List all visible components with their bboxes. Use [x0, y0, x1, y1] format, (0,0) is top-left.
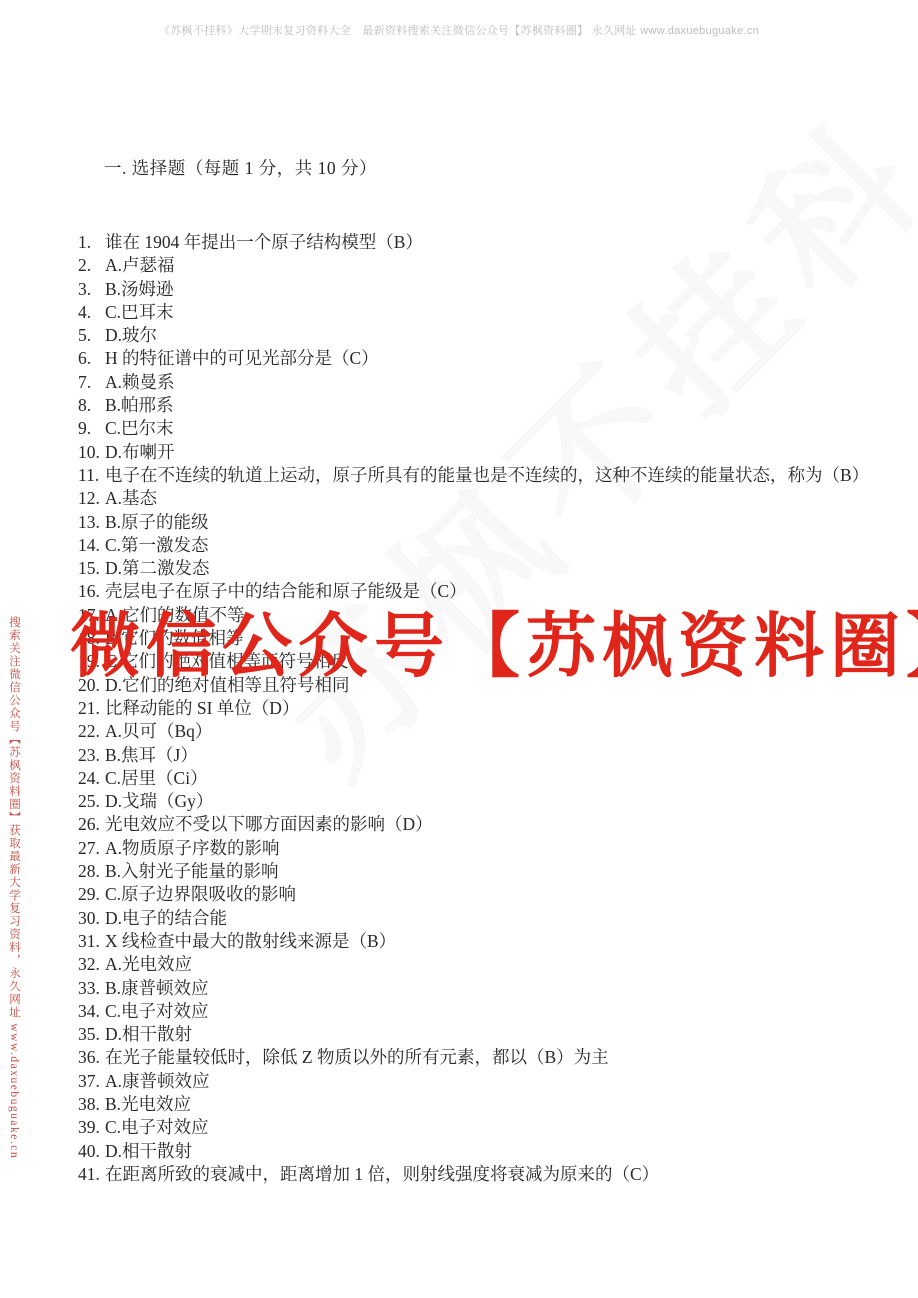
question-number: 36.: [78, 1046, 105, 1069]
question-item: 22. A.贝可（Bq）: [78, 720, 880, 743]
document-page: 苏枫不挂科 《苏枫不挂科》大学期末复习资料大全 最新资料搜索关注微信公众号【苏枫…: [0, 0, 918, 1298]
question-number: 37.: [78, 1070, 105, 1093]
question-text: D.玻尔: [105, 324, 862, 347]
question-text: C.巴尔末: [105, 417, 862, 440]
question-list: 1. 谁在 1904 年提出一个原子结构模型（B） 2. A.卢瑟福 3. B.…: [78, 231, 880, 1186]
question-number: 35.: [78, 1023, 105, 1046]
question-item: 13. B.原子的能级: [78, 511, 880, 534]
question-text: B.光电效应: [105, 1093, 862, 1116]
question-item: 7. A.赖曼系: [78, 371, 880, 394]
question-item: 12. A.基态: [78, 487, 880, 510]
question-number: 12.: [78, 487, 105, 510]
question-number: 30.: [78, 907, 105, 930]
question-item: 26. 光电效应不受以下哪方面因素的影响（D）: [78, 813, 880, 836]
question-text: 光电效应不受以下哪方面因素的影响（D）: [105, 813, 862, 836]
question-text: D.布喇开: [105, 441, 862, 464]
question-number: 13.: [78, 511, 105, 534]
question-item: 10. D.布喇开: [78, 441, 880, 464]
question-number: 3.: [78, 278, 105, 301]
question-text: X 线检查中最大的散射线来源是（B）: [105, 930, 862, 953]
question-text: D.第二激发态: [105, 557, 862, 580]
question-text: A.光电效应: [105, 953, 862, 976]
question-text: C.电子对效应: [105, 1116, 862, 1139]
question-item: 9. C.巴尔末: [78, 417, 880, 440]
question-text: A.贝可（Bq）: [105, 720, 862, 743]
question-number: 38.: [78, 1093, 105, 1116]
question-text: A.卢瑟福: [105, 254, 862, 277]
left-vertical-watermark: 搜索关注微信公众号【苏枫资料圈】获取最新大学复习资料，永久网址 www.daxu…: [6, 616, 22, 1194]
question-text: 谁在 1904 年提出一个原子结构模型（B）: [105, 231, 862, 254]
question-text: 电子在不连续的轨道上运动，原子所具有的能量也是不连续的，这种不连续的能量状态，称…: [105, 464, 862, 487]
question-number: 24.: [78, 767, 105, 790]
question-text: C.第一激发态: [105, 534, 862, 557]
question-item: 35. D.相干散射: [78, 1023, 880, 1046]
question-item: 29. C.原子边界限吸收的影响: [78, 883, 880, 906]
question-text: C.电子对效应: [105, 1000, 862, 1023]
question-item: 40. D.相干散射: [78, 1140, 880, 1163]
question-number: 41.: [78, 1163, 105, 1186]
question-item: 6. H 的特征谱中的可见光部分是（C）: [78, 347, 880, 370]
question-item: 25. D.戈瑞（Gy）: [78, 790, 880, 813]
question-number: 9.: [78, 417, 105, 440]
section-title: 一. 选择题（每题 1 分，共 10 分）: [104, 155, 918, 180]
question-text: B.帕邢系: [105, 394, 862, 417]
question-number: 7.: [78, 371, 105, 394]
question-text: C.巴耳末: [105, 301, 862, 324]
question-item: 41. 在距离所致的衰减中，距离增加 1 倍，则射线强度将衰减为原来的（C）: [78, 1163, 880, 1186]
question-item: 24. C.居里（Ci）: [78, 767, 880, 790]
corner-note: 精心整理: [0, 84, 845, 108]
question-text: 在距离所致的衰减中，距离增加 1 倍，则射线强度将衰减为原来的（C）: [105, 1163, 862, 1186]
question-text: C.原子边界限吸收的影响: [105, 883, 862, 906]
question-number: 26.: [78, 813, 105, 836]
question-item: 15. D.第二激发态: [78, 557, 880, 580]
question-number: 1.: [78, 231, 105, 254]
question-text: A.康普顿效应: [105, 1070, 862, 1093]
header-watermark-text: 《苏枫不挂科》大学期末复习资料大全 最新资料搜索关注微信公众号【苏枫资料圈】 永…: [0, 22, 918, 38]
question-text: H 的特征谱中的可见光部分是（C）: [105, 347, 862, 370]
question-item: 27. A.物质原子序数的影响: [78, 837, 880, 860]
question-text: D.戈瑞（Gy）: [105, 790, 862, 813]
question-number: 15.: [78, 557, 105, 580]
question-number: 23.: [78, 744, 105, 767]
question-text: B.汤姆逊: [105, 278, 862, 301]
question-number: 32.: [78, 953, 105, 976]
question-number: 29.: [78, 883, 105, 906]
question-item: 31. X 线检查中最大的散射线来源是（B）: [78, 930, 880, 953]
question-number: 10.: [78, 441, 105, 464]
question-number: 27.: [78, 837, 105, 860]
question-item: 32. A.光电效应: [78, 953, 880, 976]
question-item: 34. C.电子对效应: [78, 1000, 880, 1023]
question-item: 4. C.巴耳末: [78, 301, 880, 324]
question-text: A.物质原子序数的影响: [105, 837, 862, 860]
question-text: B.焦耳（J）: [105, 744, 862, 767]
question-item: 5. D.玻尔: [78, 324, 880, 347]
question-text: D.电子的结合能: [105, 907, 862, 930]
question-item: 28. B.入射光子能量的影响: [78, 860, 880, 883]
red-wechat-watermark: 微信公众号【苏枫资料圈】: [70, 590, 918, 691]
question-number: 31.: [78, 930, 105, 953]
question-item: 14. C.第一激发态: [78, 534, 880, 557]
question-number: 6.: [78, 347, 105, 370]
question-number: 33.: [78, 977, 105, 1000]
question-number: 11.: [78, 464, 105, 487]
question-number: 2.: [78, 254, 105, 277]
question-text: 比释动能的 SI 单位（D）: [105, 697, 862, 720]
question-item: 39. C.电子对效应: [78, 1116, 880, 1139]
question-text: D.相干散射: [105, 1140, 862, 1163]
question-item: 30. D.电子的结合能: [78, 907, 880, 930]
question-text: D.相干散射: [105, 1023, 862, 1046]
question-item: 11. 电子在不连续的轨道上运动，原子所具有的能量也是不连续的，这种不连续的能量…: [78, 464, 880, 487]
question-text: C.居里（Ci）: [105, 767, 862, 790]
question-text: A.赖曼系: [105, 371, 862, 394]
question-number: 39.: [78, 1116, 105, 1139]
question-item: 2. A.卢瑟福: [78, 254, 880, 277]
question-number: 4.: [78, 301, 105, 324]
question-item: 23. B.焦耳（J）: [78, 744, 880, 767]
question-text: B.康普顿效应: [105, 977, 862, 1000]
question-item: 3. B.汤姆逊: [78, 278, 880, 301]
question-number: 25.: [78, 790, 105, 813]
question-item: 37. A.康普顿效应: [78, 1070, 880, 1093]
question-item: 36. 在光子能量较低时，除低 Z 物质以外的所有元素，都以（B）为主: [78, 1046, 880, 1069]
question-number: 21.: [78, 697, 105, 720]
question-number: 40.: [78, 1140, 105, 1163]
question-item: 33. B.康普顿效应: [78, 977, 880, 1000]
question-number: 5.: [78, 324, 105, 347]
question-text: B.原子的能级: [105, 511, 862, 534]
question-text: B.入射光子能量的影响: [105, 860, 862, 883]
question-item: 21. 比释动能的 SI 单位（D）: [78, 697, 880, 720]
question-item: 1. 谁在 1904 年提出一个原子结构模型（B）: [78, 231, 880, 254]
question-item: 8. B.帕邢系: [78, 394, 880, 417]
question-number: 28.: [78, 860, 105, 883]
question-number: 8.: [78, 394, 105, 417]
question-text: A.基态: [105, 487, 862, 510]
question-number: 14.: [78, 534, 105, 557]
question-item: 38. B.光电效应: [78, 1093, 880, 1116]
question-number: 22.: [78, 720, 105, 743]
question-text: 在光子能量较低时，除低 Z 物质以外的所有元素，都以（B）为主: [105, 1046, 862, 1069]
question-number: 34.: [78, 1000, 105, 1023]
